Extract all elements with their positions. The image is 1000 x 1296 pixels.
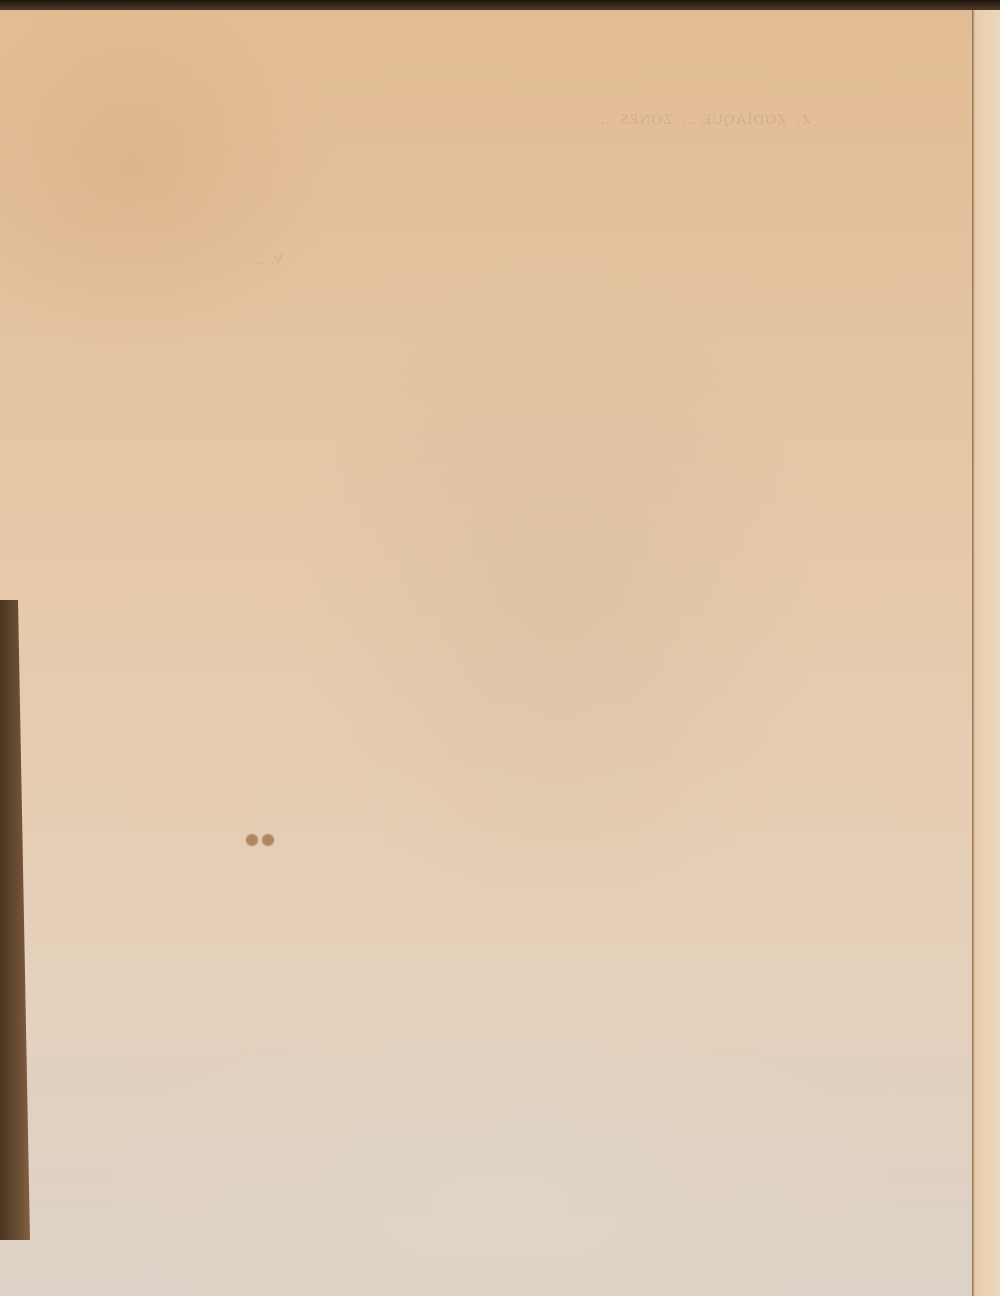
bleed-through-right-column: Z. ZODIAQUE ... ZONES ... [600, 110, 811, 131]
page-fore-edge [972, 10, 1000, 1296]
bleed-through-left-column: V. ... [250, 250, 284, 271]
blank-page: Z. ZODIAQUE ... ZONES ... V. ... [0, 10, 975, 1296]
foxing-stain [240, 825, 280, 855]
